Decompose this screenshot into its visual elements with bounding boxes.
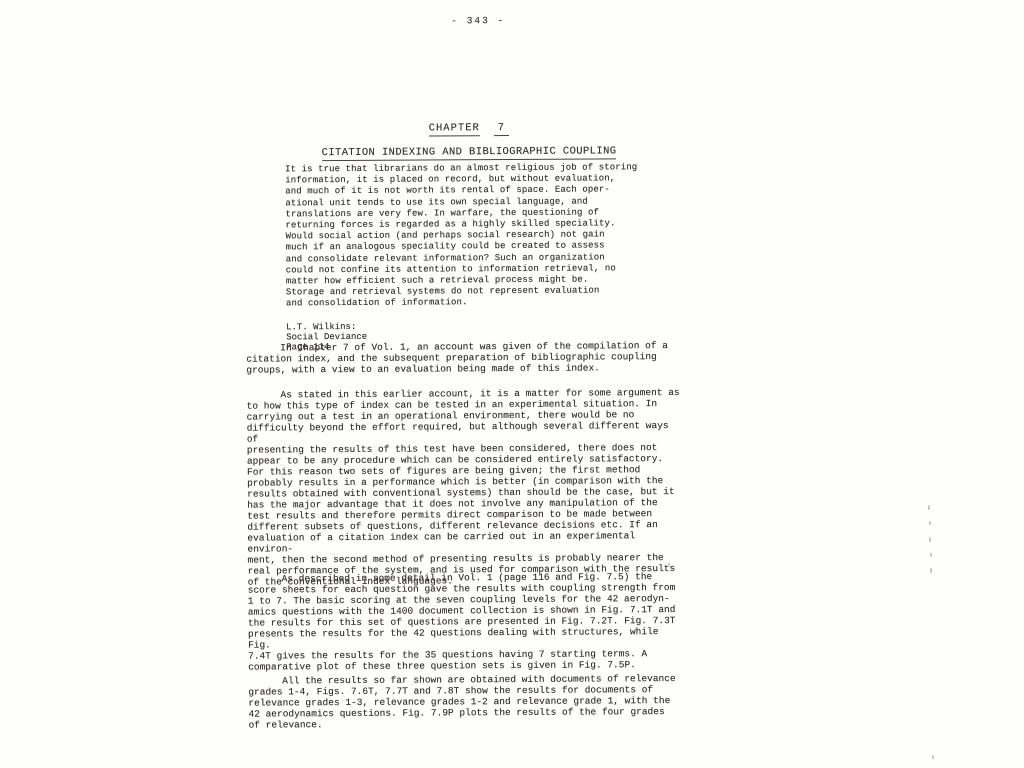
quote-work: Social Deviance [286, 332, 367, 342]
scan-content: - 343 - CHAPTER7 CITATION INDEXING AND B… [0, 0, 1024, 768]
paragraph-3: As described in some detail in Vol. 1 (p… [248, 571, 687, 673]
scan-artifact [929, 537, 931, 542]
scanned-document-page: - 343 - CHAPTER7 CITATION INDEXING AND B… [0, 0, 1024, 768]
scan-artifact [932, 755, 934, 759]
document-title-text: CITATION INDEXING AND BIBLIOGRAPHIC COUP… [322, 145, 617, 161]
scan-artifact [930, 568, 932, 573]
scan-artifact [929, 521, 931, 525]
chapter-heading: CHAPTER7 [369, 110, 569, 135]
paragraph-2: As stated in this earlier account, it is… [246, 387, 685, 588]
page-number: - 343 - [418, 15, 538, 27]
paragraph-4: All the results so far shown are obtaine… [248, 673, 686, 731]
quote-author: L.T. Wilkins: [286, 322, 356, 332]
document-title: CITATION INDEXING AND BIBLIOGRAPHIC COUP… [269, 133, 669, 161]
scan-artifact [668, 563, 670, 566]
block-quote: It is true that librarians do an almost … [285, 162, 642, 310]
paragraph-1: In Chapter 7 of Vol. 1, an account was g… [246, 340, 684, 376]
scan-artifact [930, 553, 932, 557]
scan-artifact [928, 505, 930, 510]
